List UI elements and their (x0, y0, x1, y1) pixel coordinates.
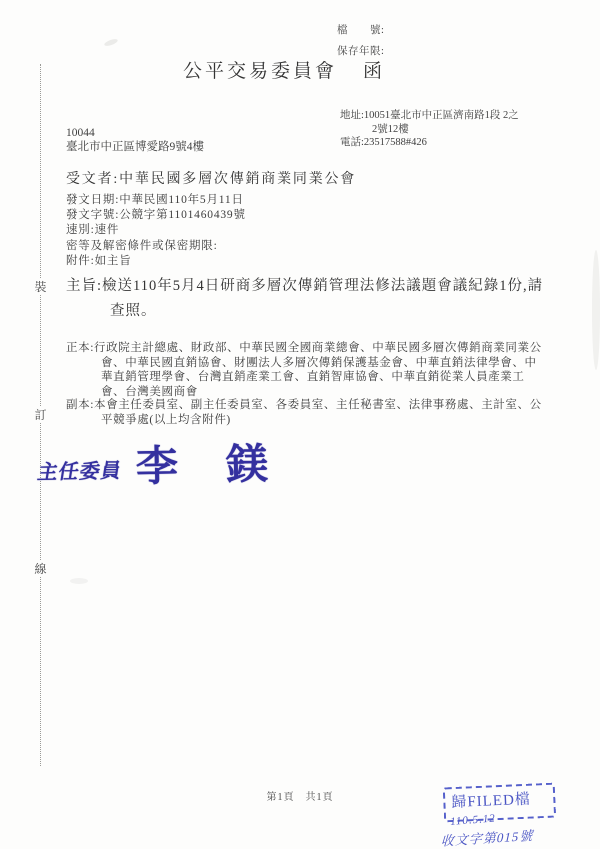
filing-stamp-text: 歸FILED檔 (451, 787, 548, 812)
subject-label: 主旨: (66, 278, 102, 294)
filing-stamp-box: 歸FILED檔 110.5.12 (443, 783, 556, 823)
recipient-postal-block: 10044 臺北市中正區博愛路9號4樓 (66, 126, 204, 154)
reference-number-line: 發文字號:公競字第1101460439號 (66, 208, 246, 223)
recipient-zip: 10044 (66, 126, 204, 140)
binding-mark-xian: 線 (33, 560, 48, 577)
binding-mark-zhuang: 裝 (33, 278, 48, 295)
attachment-line: 附件:如主旨 (66, 254, 246, 269)
document-type: 函 (363, 56, 385, 83)
scanned-official-letter: 裝 訂 線 檔 號: 保存年限: 公平交易委員會 函 地址:10051臺北市中正… (0, 0, 600, 849)
carbon-copy-list: 副本:本會主任委員室、副主任委員室、各委員室、主任秘書室、法律事務處、主計室、公… (66, 398, 546, 427)
sender-address-line1: 地址:10051臺北市中正區濟南路1段 2之 (340, 109, 590, 123)
chairman-given-name: 鎂 (226, 444, 269, 487)
chairman-signature-stamp: 主任委員 李 鎂 (38, 443, 319, 491)
sender-contact-block: 地址:10051臺北市中正區濟南路1段 2之 2號12樓 電話:23517588… (340, 109, 590, 150)
chairman-surname: 李 (136, 446, 179, 489)
carbon-copy-text: 本會主任委員室、副主任委員室、各委員室、主任秘書室、法律事務處、主計室、公平競爭… (94, 399, 542, 426)
original-copy-text: 行政院主計總處、財政部、中華民國全國商業總會、中華民國多層次傳銷商業同業公會、中… (94, 342, 542, 398)
original-copy-label: 正本: (66, 342, 94, 354)
subject-paragraph: 主旨:檢送110年5月4日研商多層次傳銷管理法修法議題會議紀錄1份,請查照。 (66, 274, 544, 324)
scan-artifact (104, 38, 119, 47)
issue-date-line: 發文日期:中華民國110年5月11日 (66, 193, 246, 208)
document-title: 公平交易委員會 函 (0, 56, 600, 83)
document-meta-block: 發文日期:中華民國110年5月11日 發文字號:公競字第1101460439號 … (66, 193, 246, 269)
issuing-agency-name: 公平交易委員會 (183, 56, 337, 83)
sender-phone: 電話:23517588#426 (340, 136, 590, 150)
file-number-label: 檔 號: (337, 20, 384, 41)
chairman-name: 李 鎂 (136, 444, 269, 489)
recipient-line: 受文者:中華民國多層次傳銷商業同業公會 (66, 168, 356, 188)
scan-artifact (592, 250, 600, 370)
subject-text: 檢送110年5月4日研商多層次傳銷管理法修法議題會議紀錄1份,請查照。 (102, 278, 543, 319)
scan-artifact (70, 578, 88, 584)
original-copy-list: 正本:行政院主計總處、財政部、中華民國全國商業總會、中華民國多層次傳銷商業同業公… (66, 341, 546, 399)
recipient-address: 臺北市中正區博愛路9號4樓 (66, 140, 204, 154)
filing-stamp-date-handwritten: 110.5.12 (450, 812, 496, 828)
filing-stamp: 歸FILED檔 110.5.12 收文字第015號 (443, 783, 558, 849)
carbon-copy-label: 副本: (66, 399, 94, 411)
sender-address-line2: 2號12樓 (340, 123, 590, 137)
speed-class-line: 速別:速件 (66, 223, 246, 238)
binding-mark-ding: 訂 (33, 406, 48, 423)
chairman-title: 主任委員 (36, 454, 124, 485)
security-class-line: 密等及解密條件或保密期限: (66, 239, 246, 254)
